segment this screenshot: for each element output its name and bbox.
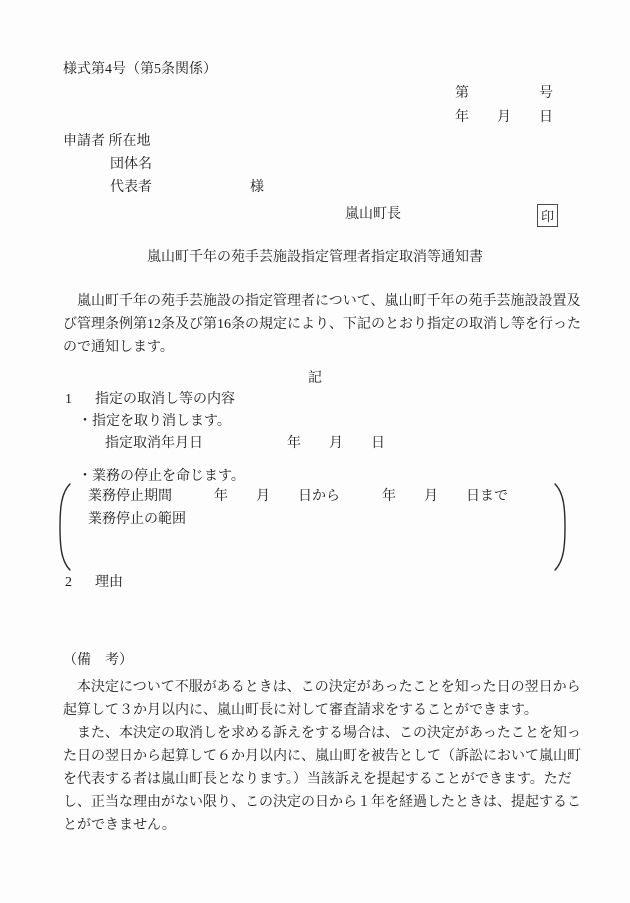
applicant-representative-row: 代表者: [110, 180, 152, 196]
applicant-address-row: 申請者 所在地: [63, 134, 151, 150]
remarks-heading: （備 考）: [63, 653, 133, 669]
remarks-text-line: 起算して３か月以内に、嵐山町長に対して審査請求をすることができます。: [63, 699, 538, 722]
item2-heading-row: 2理由: [65, 575, 123, 591]
suspension-period-field: 業務停止期間 年 月 日から 年 月 日まで: [88, 489, 508, 505]
right-paren-icon: [552, 481, 570, 573]
suspension-scope-field: 業務停止の範囲: [88, 512, 186, 528]
item1-bullet-suspend: ・業務の停止を命じます。: [78, 469, 245, 485]
item1-heading-row: 1指定の取消し等の内容: [65, 392, 235, 408]
notification-document: 様式第4号（第5条関係） 第 号 年 月 日 申請者 所在地 団体名 代表者 様…: [0, 0, 630, 903]
left-paren-icon: [55, 481, 73, 573]
remarks-text-line: た日の翌日から起算して６か月以内に、嵐山町を被告として（訴訟において嵐山町: [63, 745, 581, 768]
honorific-label: 様: [250, 180, 264, 196]
item2-heading: 理由: [95, 575, 123, 590]
form-number-label: 様式第4号（第5条関係）: [63, 62, 217, 78]
remarks-text-line: 本決定について不服があるときは、この決定があったことを知った日の翌日から: [63, 676, 581, 699]
remarks-text-line: また、本決定の取消しを求める訴えをする場合は、この決定があったことを知っ: [63, 722, 581, 745]
cancel-date-field: 指定取消年月日 年 月 日: [105, 436, 385, 452]
item1-number: 1: [65, 392, 95, 408]
item1-bullet-cancel: ・指定を取り消します。: [78, 414, 231, 430]
item2-number: 2: [65, 575, 95, 591]
ki-marker: 記: [0, 371, 630, 387]
body-text-line: 嵐山町千年の苑手芸施設の指定管理者について、嵐山町千年の苑手芸施設設置及: [63, 290, 580, 313]
body-text-line: び管理条例第12条及び第16条の規定により、下記のとおり指定の取消し等を行った: [63, 313, 581, 336]
applicant-organization-row: 団体名: [110, 157, 152, 173]
document-number-field: 第 号: [455, 86, 553, 102]
body-text-line: ので通知します。: [63, 336, 174, 359]
date-field: 年 月 日: [455, 110, 553, 126]
seal-mark-icon: 印: [537, 204, 558, 227]
remarks-text-line: を代表する者は嵐山町長となります。）当該訴えを提起することができます。ただ: [63, 768, 572, 791]
document-title: 嵐山町千年の苑手芸施設指定管理者指定取消等通知書: [0, 250, 630, 266]
item1-heading: 指定の取消し等の内容: [95, 392, 235, 407]
remarks-text-line: し、正当な理由がない限り、この決定の日から１年を経過したときは、提起するこ: [63, 791, 581, 814]
mayor-title: 嵐山町長: [345, 207, 401, 223]
remarks-text-line: とができません。: [63, 814, 176, 837]
